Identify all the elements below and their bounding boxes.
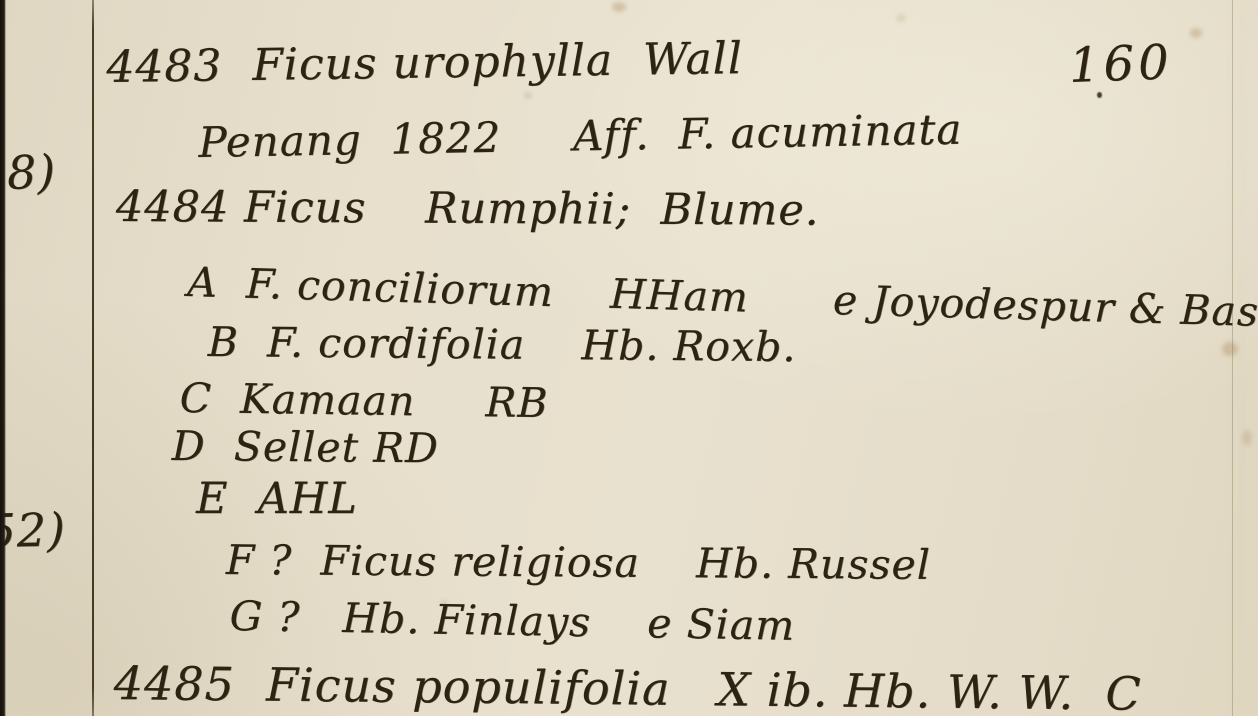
foxing-spot <box>1190 28 1202 38</box>
catalog-subentry-b: B F. cordifolia Hb. Roxb. <box>208 318 797 371</box>
margin-note: 52) <box>0 503 66 558</box>
foxing-spot <box>1242 430 1252 446</box>
manuscript-page: 8) 52) 160 4483 Ficus urophylla Wall Pen… <box>0 0 1258 716</box>
foxing-spot <box>896 14 906 22</box>
catalog-line-penang: Penang 1822 Aff. F. acuminata <box>198 105 963 167</box>
catalog-subentry-f: F ? Ficus religiosa Hb. Russel <box>226 536 931 589</box>
catalog-line-4484: 4484 Ficus Rumphii; Blume. <box>116 182 820 236</box>
foxing-spot <box>612 2 626 12</box>
catalog-line-4485: 4485 Ficus populifolia X ib. Hb. W. W. C <box>113 656 1142 716</box>
catalog-subentry-c: C Kamaan RB <box>179 374 548 427</box>
foxing-spot <box>524 92 532 99</box>
catalog-line-4483: 4483 Ficus urophylla Wall <box>106 33 743 93</box>
page-edge-crease <box>1232 0 1233 716</box>
scan-edge-strip <box>0 0 6 716</box>
margin-rule-line <box>92 0 94 716</box>
catalog-subentry-e: E AHL <box>196 474 358 524</box>
catalog-subentry-d: D Sellet RD <box>172 422 439 472</box>
margin-note: 8) <box>6 144 57 200</box>
foxing-spot <box>1222 342 1238 356</box>
catalog-subentry-g: G ? Hb. Finlays e Siam <box>229 592 795 650</box>
page-number: 160 <box>1068 34 1174 94</box>
